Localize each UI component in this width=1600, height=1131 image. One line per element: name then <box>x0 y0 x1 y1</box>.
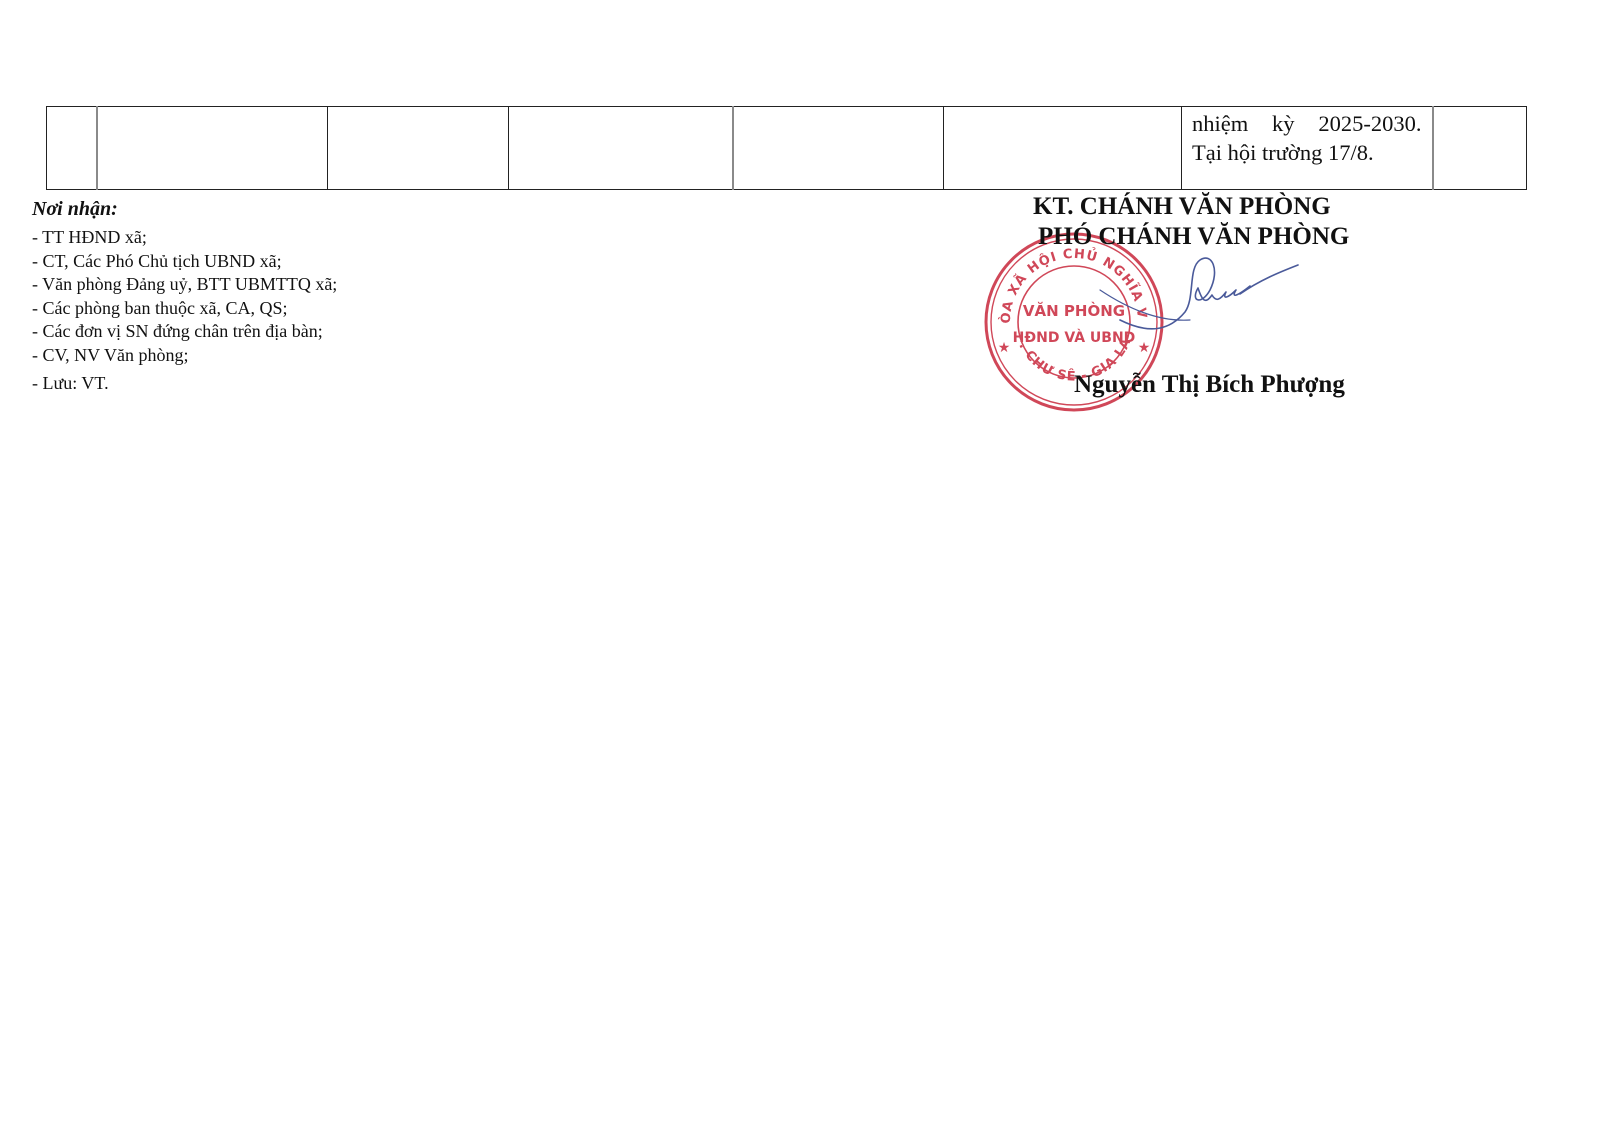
table-cell-3 <box>328 107 509 190</box>
table-cell-stt <box>47 107 97 190</box>
recipient-item: - CT, Các Phó Chủ tịch UBND xã; <box>32 250 532 274</box>
table-cell-4 <box>509 107 733 190</box>
signature-title-line1: KT. CHÁNH VĂN PHÒNG <box>1033 192 1331 222</box>
table-row: nhiệm kỳ 2025-2030. Tại hội trường 17/8. <box>47 107 1527 190</box>
handwritten-signature-icon <box>1090 250 1310 340</box>
recipient-item: - Văn phòng Đảng uỷ, BTT UBMTTQ xã; <box>32 273 532 297</box>
recipient-item: - TT HĐND xã; <box>32 226 532 250</box>
table-cell-note <box>1433 107 1527 190</box>
signature-block: CỘNG HÒA XÃ HỘI CHỦ NGHĨA VIỆT NAM X. CH… <box>980 190 1420 420</box>
signer-name: Nguyễn Thị Bích Phượng <box>1074 370 1345 400</box>
svg-text:★: ★ <box>1138 340 1151 356</box>
recipients-block: Nơi nhận: - TT HĐND xã; - CT, Các Phó Ch… <box>32 197 532 396</box>
table-cell-5 <box>733 107 944 190</box>
recipient-item: - Các đơn vị SN đứng chân trên địa bàn; <box>32 320 532 344</box>
table-cell-content: nhiệm kỳ 2025-2030. Tại hội trường 17/8. <box>1182 107 1433 190</box>
content-line-2: Tại hội trường 17/8. <box>1192 140 1374 165</box>
document-table: nhiệm kỳ 2025-2030. Tại hội trường 17/8. <box>46 106 1527 190</box>
table-cell-2 <box>97 107 328 190</box>
recipient-item: - Các phòng ban thuộc xã, CA, QS; <box>32 297 532 321</box>
signature-title-line2: PHÓ CHÁNH VĂN PHÒNG <box>1038 222 1349 252</box>
content-line-1: nhiệm kỳ 2025-2030. <box>1192 109 1422 138</box>
table-cell-6 <box>944 107 1182 190</box>
svg-text:★: ★ <box>998 340 1011 356</box>
recipient-item: - CV, NV Văn phòng; <box>32 344 532 368</box>
recipient-item: - Lưu: VT. <box>32 372 532 396</box>
recipients-title: Nơi nhận: <box>32 197 532 221</box>
